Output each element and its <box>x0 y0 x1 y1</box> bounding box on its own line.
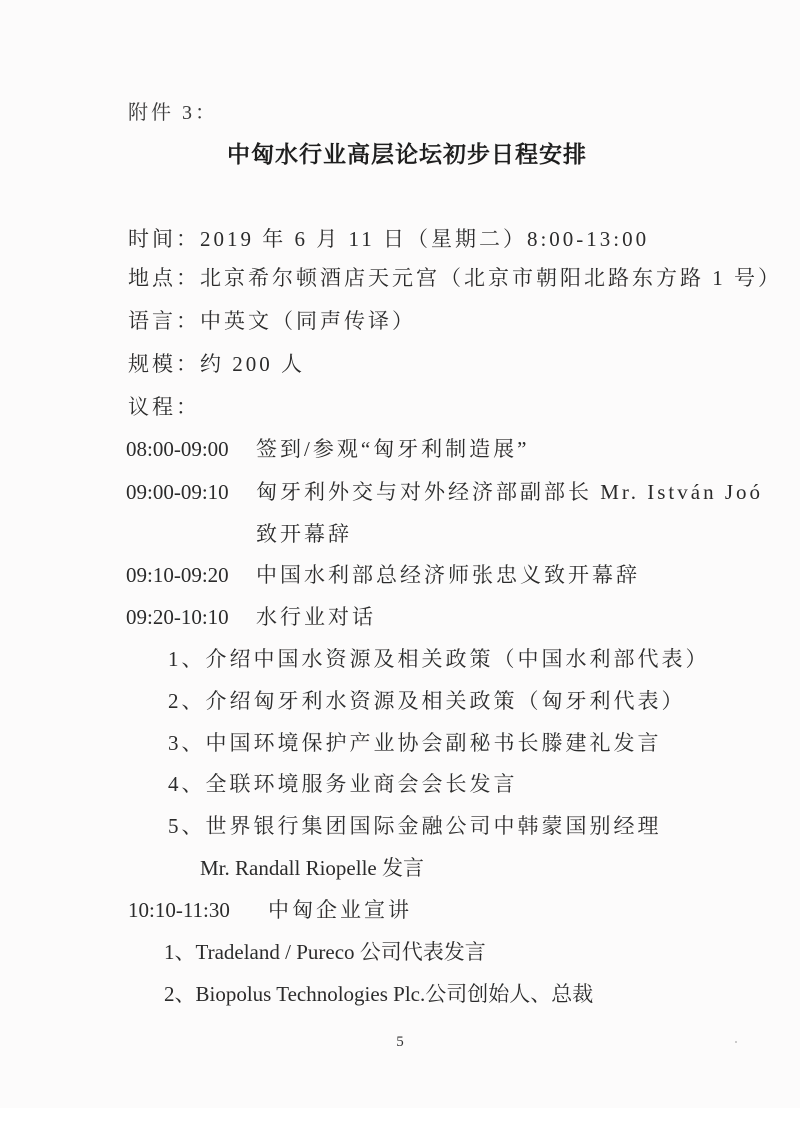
document-page: 附件 3： 中匈水行业高层论坛初步日程安排 时间：2019 年 6 月 11 日… <box>0 0 800 1108</box>
page-number: 5 <box>0 1034 800 1051</box>
info-language: 语言：中英文（同声传译） <box>128 308 416 334</box>
agenda-subitem: 2、Biopolus Technologies Plc.公司创始人、总裁 <box>164 981 593 1007</box>
agenda-description: 签到/参观“匈牙利制造展” <box>256 436 529 462</box>
agenda-time: 09:00-09:10 <box>126 479 229 505</box>
agenda-subitem: 1、Tradeland / Pureco 公司代表发言 <box>164 939 486 965</box>
agenda-time: 08:00-09:00 <box>126 436 229 462</box>
attachment-label: 附件 3： <box>128 100 218 126</box>
agenda-subitem: 3、中国环境保护产业协会副秘书长滕建礼发言 <box>168 730 662 756</box>
scan-speck <box>735 1041 737 1043</box>
agenda-description: 中国水利部总经济师张忠义致开幕辞 <box>256 562 640 588</box>
agenda-time: 09:10-09:20 <box>126 562 229 588</box>
info-scale: 规模：约 200 人 <box>128 351 305 377</box>
agenda-time: 09:20-10:10 <box>126 604 229 630</box>
info-time: 时间：2019 年 6 月 11 日（星期二）8:00-13:00 <box>128 226 649 252</box>
agenda-label: 议程： <box>128 394 200 420</box>
agenda-time: 10:10-11:30 <box>128 897 230 923</box>
agenda-subitem: 5、世界银行集团国际金融公司中韩蒙国别经理 <box>168 813 662 839</box>
agenda-description: 水行业对话 <box>256 604 376 630</box>
document-title: 中匈水行业高层论坛初步日程安排 <box>0 142 800 168</box>
agenda-subitem: 1、介绍中国水资源及相关政策（中国水利部代表） <box>168 646 710 672</box>
info-location: 地点：北京希尔顿酒店天元宫（北京市朝阳北路东方路 1 号） <box>128 265 782 291</box>
agenda-subitem-continued: Mr. Randall Riopelle 发言 <box>200 855 424 881</box>
agenda-subitem: 4、全联环境服务业商会会长发言 <box>168 771 518 797</box>
agenda-description-continued: 致开幕辞 <box>256 521 352 547</box>
agenda-subitem: 2、介绍匈牙利水资源及相关政策（匈牙利代表） <box>168 688 686 714</box>
agenda-description: 中匈企业宣讲 <box>268 897 412 923</box>
agenda-description: 匈牙利外交与对外经济部副部长 Mr. István Joó <box>256 479 763 505</box>
